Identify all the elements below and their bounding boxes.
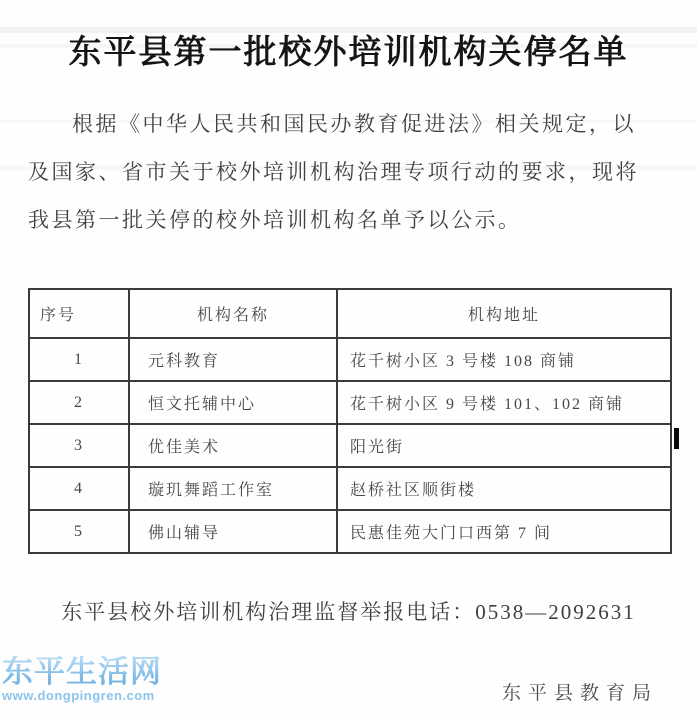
cell-seq: 1	[29, 338, 129, 381]
table-row: 4 璇玑舞蹈工作室 赵桥社区顺街楼	[29, 467, 671, 510]
watermark-site-name: 东平生活网	[2, 656, 162, 687]
cell-address: 赵桥社区顺街楼	[337, 467, 671, 510]
table-row: 3 优佳美术 阳光街	[29, 424, 671, 467]
intro-line: 根据《中华人民共和国民办教育促进法》相关规定，以	[28, 100, 668, 148]
cell-address: 花千树小区 9 号楼 101、102 商铺	[337, 381, 671, 424]
cell-name: 优佳美术	[129, 424, 337, 467]
header-name: 机构名称	[129, 289, 337, 338]
watermark-site-url: www.dongpingren.com	[2, 689, 162, 702]
cell-address: 阳光街	[337, 424, 671, 467]
cell-name: 恒文托辅中心	[129, 381, 337, 424]
table-row: 5 佛山辅导 民惠佳苑大门口西第 7 间	[29, 510, 671, 553]
notice-document: 东平县第一批校外培训机构关停名单 根据《中华人民共和国民办教育促进法》相关规定，…	[0, 0, 697, 715]
scan-artifact-mark	[674, 428, 679, 449]
intro-line: 我县第一批关停的校外培训机构名单予以公示。	[28, 196, 668, 244]
header-seq: 序号	[29, 289, 129, 338]
closed-institutions-table: 序号 机构名称 机构地址 1 元科教育 花千树小区 3 号楼 108 商铺 2 …	[28, 288, 672, 554]
cell-address: 花千树小区 3 号楼 108 商铺	[337, 338, 671, 381]
header-address: 机构地址	[337, 289, 671, 338]
table-header-row: 序号 机构名称 机构地址	[29, 289, 671, 338]
site-watermark: 东平生活网 www.dongpingren.com	[2, 656, 162, 702]
intro-paragraph: 根据《中华人民共和国民办教育促进法》相关规定，以 及国家、省市关于校外培训机构治…	[28, 100, 668, 244]
cell-seq: 5	[29, 510, 129, 553]
cell-address: 民惠佳苑大门口西第 7 间	[337, 510, 671, 553]
cell-seq: 2	[29, 381, 129, 424]
report-hotline: 东平县校外培训机构治理监督举报电话：0538—2092631	[0, 596, 697, 626]
cell-name: 元科教育	[129, 338, 337, 381]
issuer-signature: 东平县教育局	[502, 678, 658, 705]
table-row: 1 元科教育 花千树小区 3 号楼 108 商铺	[29, 338, 671, 381]
table-row: 2 恒文托辅中心 花千树小区 9 号楼 101、102 商铺	[29, 381, 671, 424]
page-title: 东平县第一批校外培训机构关停名单	[0, 26, 697, 73]
cell-seq: 4	[29, 467, 129, 510]
cell-name: 佛山辅导	[129, 510, 337, 553]
intro-line: 及国家、省市关于校外培训机构治理专项行动的要求，现将	[28, 148, 668, 196]
cell-name: 璇玑舞蹈工作室	[129, 467, 337, 510]
cell-seq: 3	[29, 424, 129, 467]
